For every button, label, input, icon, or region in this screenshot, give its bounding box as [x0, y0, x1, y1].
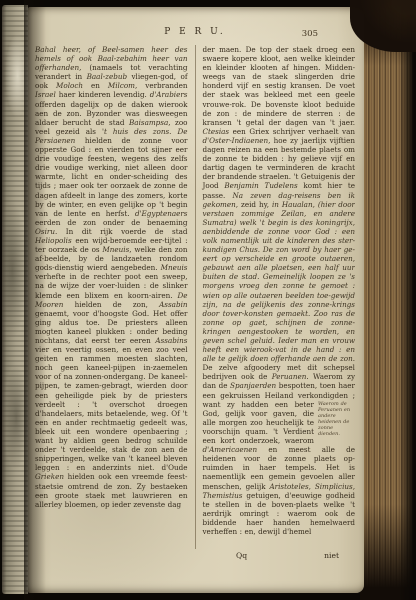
- book-scan: P E R U. 305 Bahal heer, of Beel-samen h…: [0, 0, 416, 600]
- signature-mark: Qq: [236, 551, 247, 560]
- page-number: 305: [302, 29, 318, 39]
- facing-page-engraving: [2, 5, 28, 594]
- fore-edge-pages: [360, 0, 416, 600]
- text-column-right: der maen. De top der staek droeg een swa…: [196, 45, 356, 549]
- page-footer: Qq niet: [196, 551, 355, 560]
- margin-note: Waerom de Peruanen en andere heidenen de…: [318, 401, 355, 437]
- catchword: niet: [324, 551, 339, 560]
- page-header: P E R U. 305: [34, 27, 356, 39]
- book-page: P E R U. 305 Bahal heer, of Beel-samen h…: [28, 7, 364, 593]
- text-block: Bahal heer, of Beel-samen heer des hemel…: [35, 45, 355, 549]
- text-column-left: Bahal heer, of Beel-samen heer des hemel…: [35, 45, 196, 549]
